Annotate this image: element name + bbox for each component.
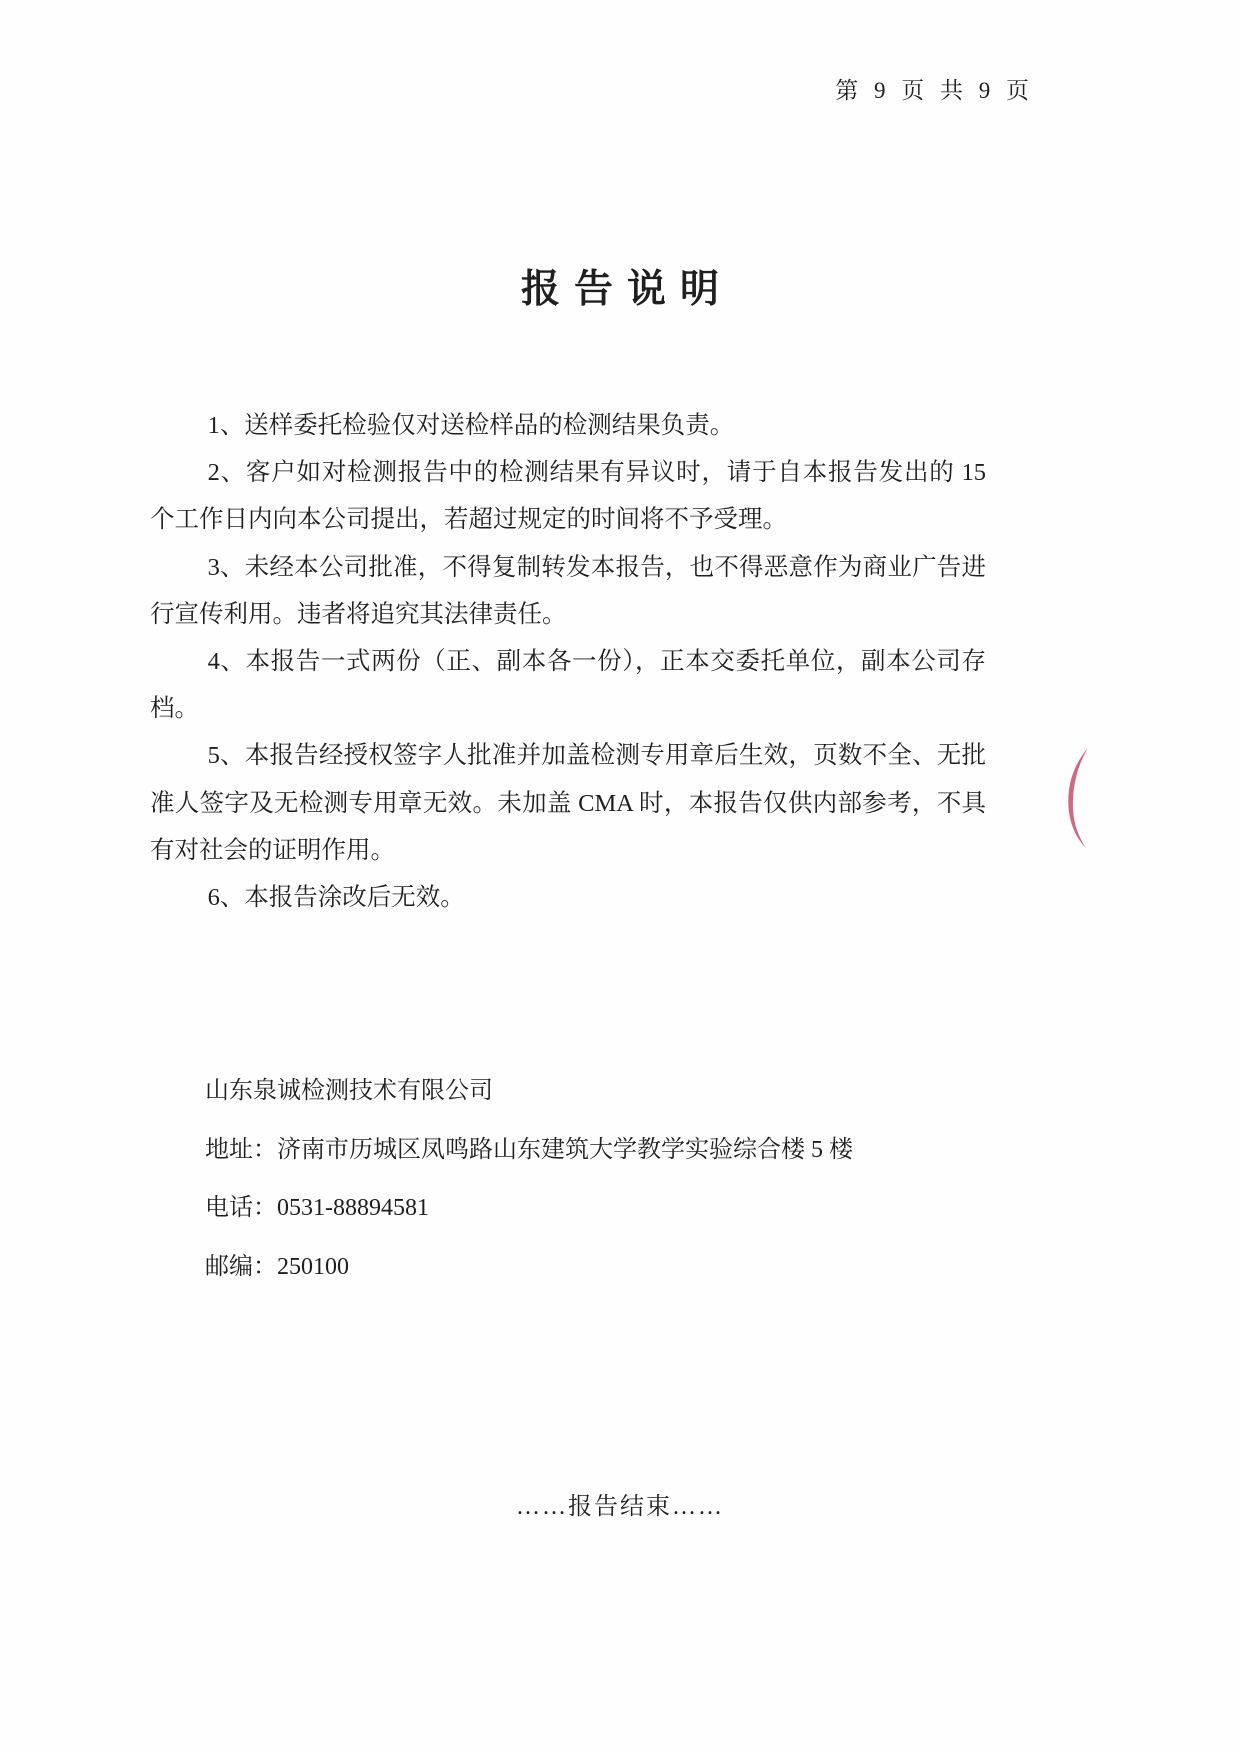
page-title: 报告说明 <box>0 258 1240 314</box>
report-end-marker: ……报告结束…… <box>0 1486 1240 1521</box>
notes-section: 1、送样委托检验仅对送检样品的检测结果负责。 2、客户如对检测报告中的检测结果有… <box>150 402 986 921</box>
company-phone: 电话：0531-88894581 <box>205 1179 853 1238</box>
page-number: 第 9 页 共 9 页 <box>835 72 1034 105</box>
note-item-2: 2、客户如对检测报告中的检测结果有异议时，请于自本报告发出的 15 个工作日内向… <box>150 449 986 543</box>
note-item-6: 6、本报告涂改后无效。 <box>150 874 986 921</box>
note-item-3: 3、未经本公司批准，不得复制转发本报告，也不得恶意作为商业广告进行宣传利用。违者… <box>150 544 986 638</box>
company-address: 地址：济南市历城区凤鸣路山东建筑大学教学实验综合楼 5 楼 <box>205 1121 853 1180</box>
note-item-4: 4、本报告一式两份（正、副本各一份），正本交委托单位，副本公司存档。 <box>150 638 986 732</box>
company-info-block: 山东泉诚检测技术有限公司 地址：济南市历城区凤鸣路山东建筑大学教学实验综合楼 5… <box>205 1062 853 1296</box>
note-item-1: 1、送样委托检验仅对送检样品的检测结果负责。 <box>150 402 986 449</box>
company-postcode: 邮编：250100 <box>205 1238 853 1297</box>
company-name: 山东泉诚检测技术有限公司 <box>205 1062 853 1121</box>
note-item-5: 5、本报告经授权签字人批准并加盖检测专用章后生效，页数不全、无批准人签字及无检测… <box>150 732 986 874</box>
report-note-page: 第 9 页 共 9 页 报告说明 1、送样委托检验仅对送检样品的检测结果负责。 … <box>0 0 1240 1754</box>
red-seal-edge-icon <box>1066 748 1096 848</box>
